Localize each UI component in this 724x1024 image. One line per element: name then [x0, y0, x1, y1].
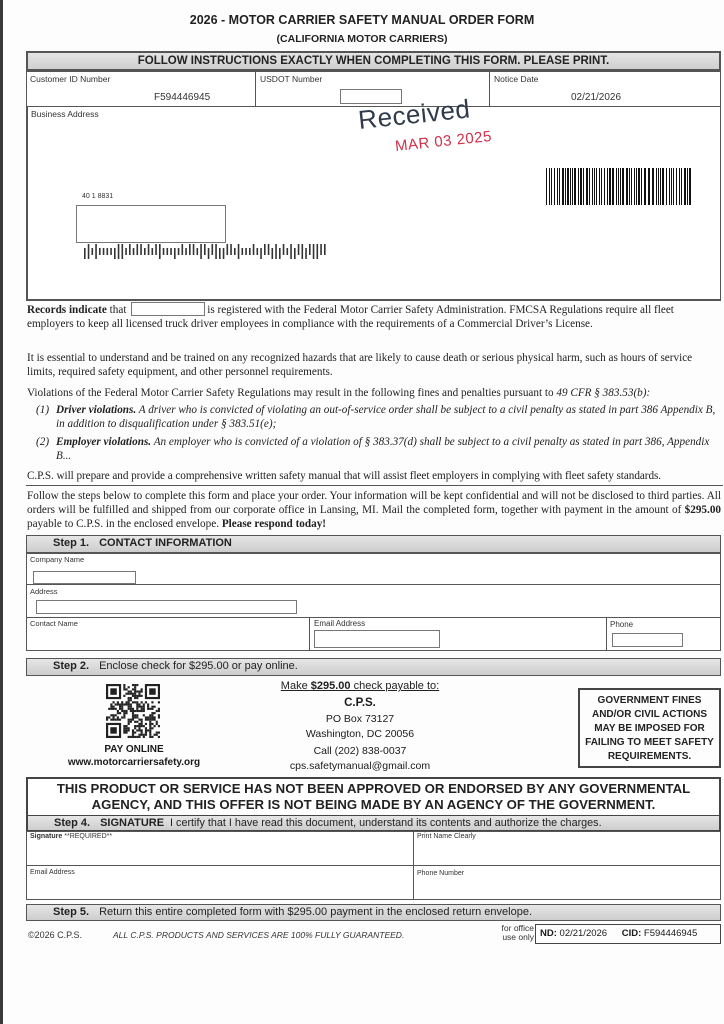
violations-intro-text: Violations of the Federal Motor Carrier … [27, 387, 556, 399]
customer-id-cell: Customer ID Number F594446945 [26, 71, 256, 107]
item-bold: Employer violations. [56, 436, 151, 448]
business-address-label: Business Address [31, 109, 99, 119]
address-input[interactable] [36, 600, 297, 614]
step2-title: Enclose check for $295.00 or pay online. [99, 660, 298, 672]
form-title: 2026 - MOTOR CARRIER SAFETY MANUAL ORDER… [0, 13, 724, 27]
signature-label: Signature **REQUIRED** [30, 833, 112, 840]
records-that: that [107, 304, 127, 316]
customer-id-value: F594446945 [154, 92, 210, 103]
payable-pre: Make [281, 680, 311, 692]
follow-text-1: Follow the steps below to complete this … [27, 490, 721, 516]
violations-cite: 49 CFR § 383.53(b): [556, 387, 650, 399]
follow-steps-paragraph: Follow the steps below to complete this … [27, 489, 721, 531]
print-name-cell[interactable]: Print Name Clearly [413, 831, 721, 866]
print-name-label: Print Name Clearly [417, 833, 476, 840]
government-disclaimer: THIS PRODUCT OR SERVICE HAS NOT BEEN APP… [26, 777, 721, 815]
step1-number: Step 1. [53, 537, 89, 549]
company-name-cell: Company Name [26, 553, 721, 585]
signature-required: **REQUIRED** [62, 833, 112, 840]
step4-number: Step 4. [54, 817, 90, 829]
step1-header: Step 1.CONTACT INFORMATION [26, 535, 721, 553]
guarantee: ALL C.P.S. PRODUCTS AND SERVICES ARE 100… [113, 930, 404, 940]
step4-certify: I certify that I have read this document… [170, 817, 602, 829]
phone-number-cell[interactable]: Phone Number [413, 865, 721, 900]
records-company-blank[interactable] [131, 302, 205, 316]
nd-label: ND: [540, 928, 557, 939]
cid-value: F594446945 [644, 928, 697, 939]
pay-online-label: PAY ONLINE [60, 744, 208, 755]
email-label: Email Address [314, 619, 365, 628]
usdot-label: USDOT Number [260, 74, 322, 84]
nd-value: 02/21/2026 [560, 928, 608, 939]
postal-barcode-icon [84, 244, 330, 260]
step5-title: Return this entire completed form with $… [99, 906, 532, 918]
business-address-window [76, 205, 226, 243]
qr-code-icon[interactable] [106, 684, 160, 738]
payable-post: check payable to: [351, 680, 440, 692]
customer-id-label: Customer ID Number [30, 74, 110, 84]
item-number: (2) [36, 435, 49, 449]
company-name-input[interactable] [33, 571, 136, 584]
address-cell: Address [26, 584, 721, 618]
step4-header: Step 4.SIGNATUREI certify that I have re… [26, 815, 721, 831]
sig-email-label: Email Address [30, 869, 75, 876]
step5-header: Step 5.Return this entire completed form… [26, 904, 721, 921]
step2-header: Step 2.Enclose check for $295.00 or pay … [26, 658, 721, 676]
phone-input[interactable] [612, 633, 683, 647]
payee-name: C.P.S. [260, 697, 460, 709]
step5-number: Step 5. [53, 906, 89, 918]
phone-label: Phone [610, 620, 633, 629]
instructions-banner: FOLLOW INSTRUCTIONS EXACTLY WHEN COMPLET… [26, 51, 721, 71]
violations-intro: Violations of the Federal Motor Carrier … [27, 386, 721, 400]
step2-number: Step 2. [53, 660, 89, 672]
follow-cta: Please respond today! [222, 518, 326, 530]
payee-city: Washington, DC 20056 [260, 728, 460, 740]
item-bold: Driver violations. [56, 404, 136, 416]
essential-paragraph: It is essential to understand and be tra… [27, 351, 721, 379]
scan-edge [0, 0, 3, 1024]
notice-date-value: 02/21/2026 [571, 92, 621, 103]
step1-title: CONTACT INFORMATION [99, 537, 232, 549]
government-fines-notice: GOVERNMENT FINES AND/OR CIVIL ACTIONS MA… [578, 688, 721, 768]
address-code: 40 1 8831 [82, 193, 113, 200]
divider [26, 485, 723, 486]
pay-online-link[interactable]: www.motorcarriersafety.org [50, 757, 218, 768]
payee-phone: Call (202) 838-0037 [260, 745, 460, 757]
office-use-box: ND: 02/21/2026 CID: F594446945 [535, 924, 721, 944]
violation-item-1: (1) Driver violations. A driver who is c… [36, 403, 716, 431]
item-number: (1) [36, 403, 49, 417]
payable-line: Make $295.00 check payable to: [260, 680, 460, 692]
cid-label: CID: [622, 928, 642, 939]
notice-date-label: Notice Date [494, 74, 538, 84]
barcode-icon [546, 168, 694, 205]
records-paragraph: Records indicate that is registered with… [27, 302, 721, 331]
company-name-label: Company Name [30, 555, 84, 564]
contact-name-label: Contact Name [30, 619, 78, 628]
signature-label-bold: Signature [30, 833, 62, 840]
payee-po-box: PO Box 73127 [260, 713, 460, 725]
follow-amount: $295.00 [685, 504, 721, 516]
form-subtitle: (CALIFORNIA MOTOR CARRIERS) [0, 33, 724, 45]
signature-cell[interactable]: Signature **REQUIRED** [26, 831, 414, 866]
follow-text-2: payable to C.P.S. in the enclosed envelo… [27, 518, 222, 530]
payable-amount: $295.00 [311, 680, 351, 692]
payee-email[interactable]: cps.safetymanual@gmail.com [260, 760, 460, 772]
sig-email-cell[interactable]: Email Address [26, 865, 414, 900]
address-label: Address [30, 587, 58, 596]
copyright: ©2026 C.P.S. [28, 930, 82, 940]
step4-title: SIGNATURE [100, 817, 164, 829]
item-text: A driver who is convicted of violating a… [56, 404, 715, 430]
office-use-label: for office use only [489, 924, 534, 942]
notice-date-cell: Notice Date 02/21/2026 [489, 71, 721, 107]
office-use-line2: use only [489, 933, 534, 942]
item-text: An employer who is convicted of a violat… [56, 436, 709, 462]
email-input[interactable] [314, 630, 440, 648]
cps-statement: C.P.S. will prepare and provide a compre… [27, 469, 723, 483]
records-bold: Records indicate [27, 304, 107, 316]
violation-item-2: (2) Employer violations. An employer who… [36, 435, 716, 463]
phone-number-label: Phone Number [417, 870, 464, 877]
phone-cell: Phone [606, 617, 721, 651]
email-cell: Email Address [309, 617, 607, 651]
contact-name-cell[interactable]: Contact Name [26, 617, 310, 651]
